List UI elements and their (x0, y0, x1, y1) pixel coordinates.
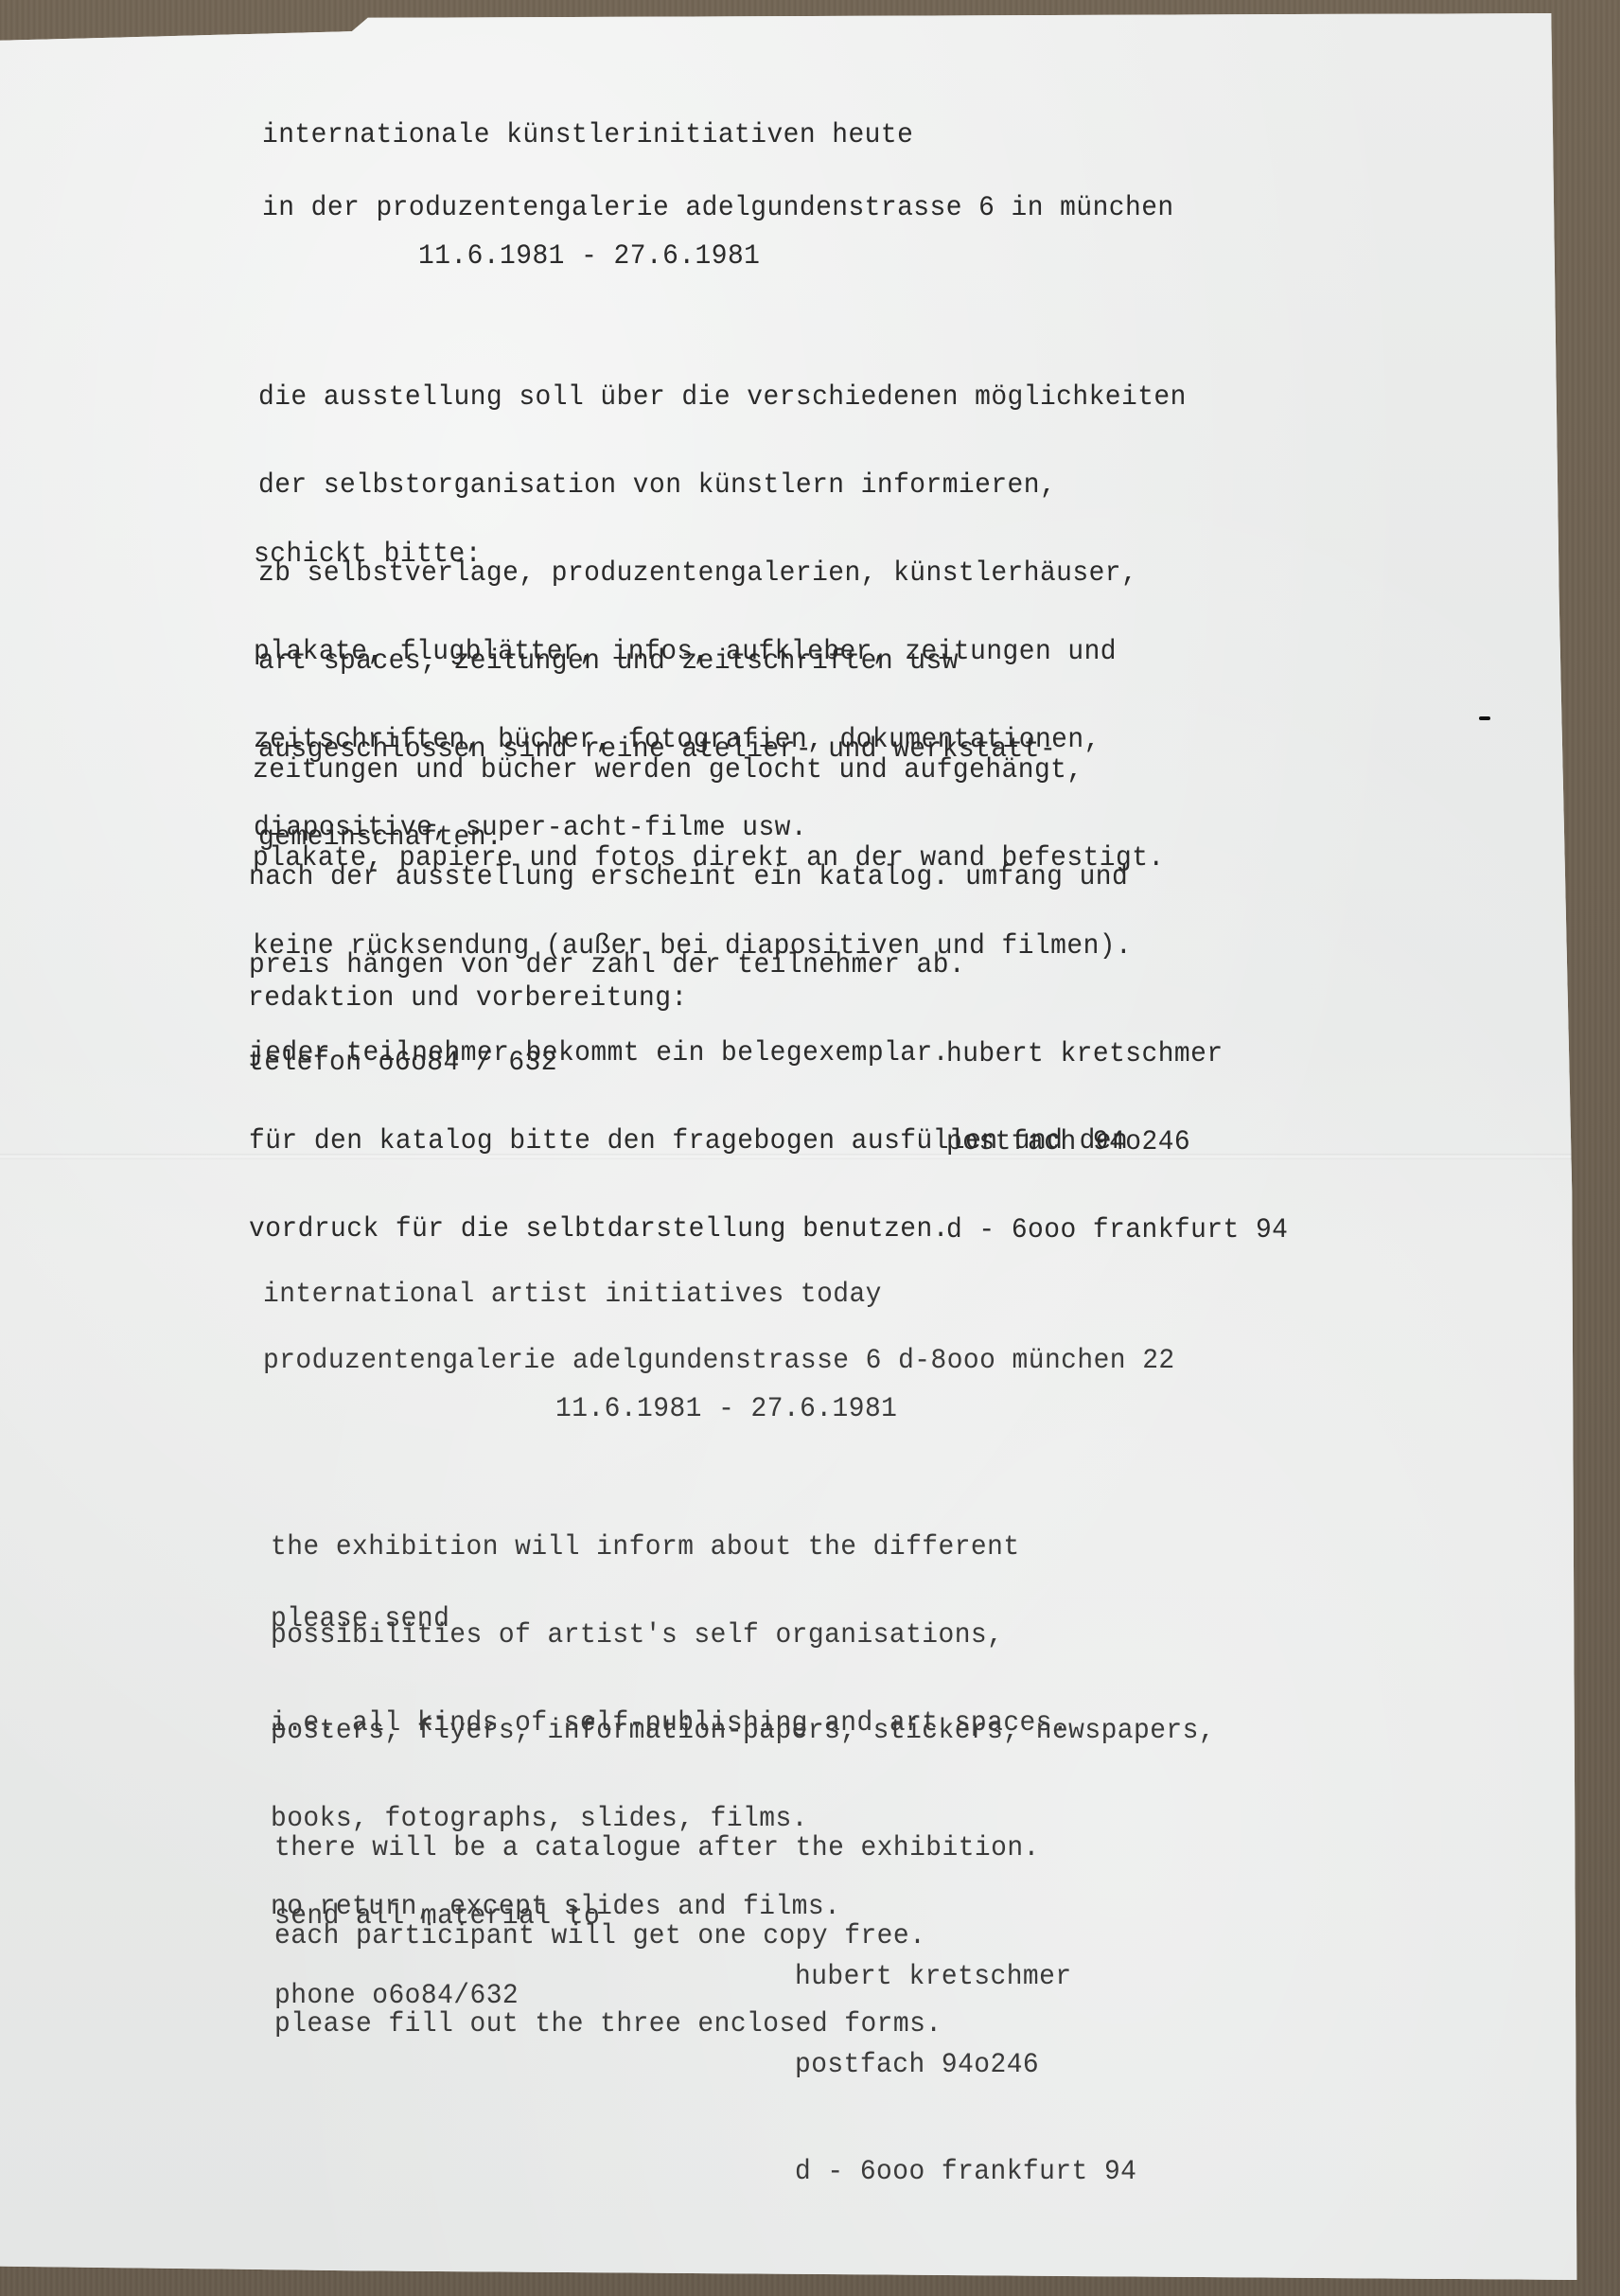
german-intro-line: der selbstorganisation von künstlern inf… (258, 471, 1187, 501)
german-venue: in der produzentengalerie adelgundenstra… (262, 194, 1174, 223)
english-contact-label: send all material to (274, 1902, 600, 1932)
english-request-line: posters, flyers, information-papers, sti… (271, 1717, 1215, 1746)
english-title: international artist initiatives today (263, 1280, 882, 1310)
german-address-line: d - 6ooo frankfurt 94 (946, 1216, 1288, 1245)
german-catalogue-line: preis hängen von der zahl der teilnehmer… (249, 951, 1128, 980)
german-contact-label: redaktion und vorbereitung: (248, 984, 688, 1014)
english-request-heading: please send (271, 1605, 449, 1634)
german-intro-line: die ausstellung soll über die verschiede… (258, 383, 1187, 413)
german-request-line: plakate, flugblätter, infos, aufkleber, … (254, 638, 1117, 667)
english-venue: produzentengalerie adelgundenstrasse 6 d… (263, 1347, 1175, 1376)
english-dates: 11.6.1981 - 27.6.1981 (555, 1395, 897, 1424)
english-address-line: postfach 94o246 (795, 2051, 1136, 2080)
ink-mark (1479, 716, 1490, 720)
german-address-line: postfach 94o246 (946, 1128, 1288, 1157)
english-address: hubert kretschmer postfach 94o246 d - 6o… (795, 1904, 1136, 2217)
english-catalogue-line: there will be a catalogue after the exhi… (274, 1834, 1040, 1863)
german-request-heading: schickt bitte: (254, 540, 482, 570)
german-handling-line: zeitungen und bücher werden gelocht und … (253, 756, 1165, 786)
english-phone: phone o6o84/632 (274, 1982, 519, 2011)
german-address: hubert kretschmer postfach 94o246 d - 6o… (946, 981, 1288, 1275)
german-phone: telefon o6o84 / 632 (248, 1049, 557, 1078)
german-address-line: hubert kretschmer (946, 1040, 1288, 1069)
german-catalogue-line: nach der ausstellung erscheint ein katal… (249, 863, 1128, 892)
english-address-line: hubert kretschmer (795, 1963, 1136, 1992)
german-dates: 11.6.1981 - 27.6.1981 (418, 242, 760, 272)
english-intro-line: the exhibition will inform about the dif… (271, 1533, 1068, 1563)
german-title: internationale künstlerinitiativen heute (262, 121, 913, 150)
english-address-line: d - 6ooo frankfurt 94 (795, 2158, 1136, 2187)
